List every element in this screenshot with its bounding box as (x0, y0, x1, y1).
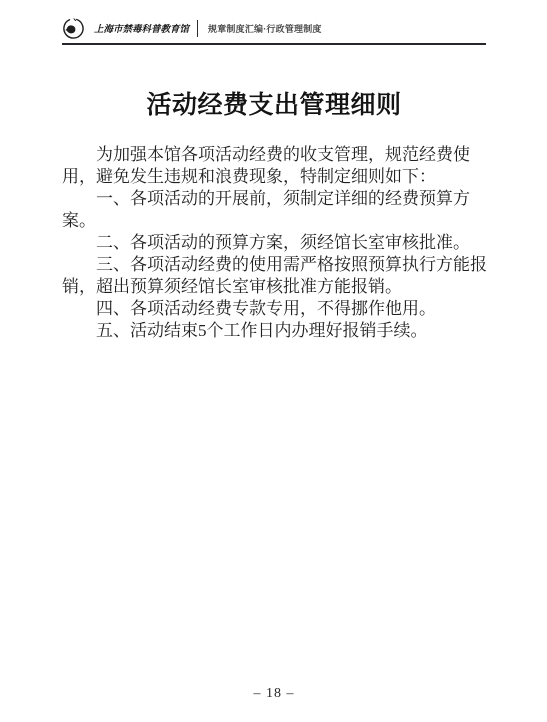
paragraph-rule-5: 五、活动结束5个工作日内办理好报销手续。 (62, 320, 492, 342)
header-rule (62, 43, 486, 45)
document-page: 上海市禁毒科普教育馆 规章制度汇编·行政管理制度 活动经费支出管理细则 为加强本… (0, 0, 547, 722)
paragraph-rule-1: 一、各项活动的开展前，须制定详细的经费预算方 案。 (62, 188, 492, 232)
paragraph-intro: 为加强本馆各项活动经费的收支管理，规范经费使 用，避免发生违规和浪费现象，特制定… (62, 144, 492, 188)
paragraph-rule-4: 四、各项活动经费专款专用，不得挪作他用。 (62, 298, 492, 320)
page-title: 活动经费支出管理细则 (62, 90, 486, 122)
paragraph-rule-3: 三、各项活动经费的使用需严格按照预算执行方能报 销，超出预算须经馆长室审核批准方… (62, 254, 492, 298)
header-section-label: 规章制度汇编·行政管理制度 (208, 22, 322, 35)
paragraph-rule-2: 二、各项活动的预算方案，须经馆长室审核批准。 (62, 232, 492, 254)
header-brand-name: 上海市禁毒科普教育馆 (94, 21, 189, 35)
document-body: 为加强本馆各项活动经费的收支管理，规范经费使 用，避免发生违规和浪费现象，特制定… (62, 144, 492, 342)
museum-logo-icon (62, 17, 85, 40)
page-header: 上海市禁毒科普教育馆 规章制度汇编·行政管理制度 (62, 14, 486, 42)
page-number: – 18 – (254, 686, 295, 701)
page-footer: – 18 – (62, 686, 486, 702)
header-divider (197, 20, 198, 37)
